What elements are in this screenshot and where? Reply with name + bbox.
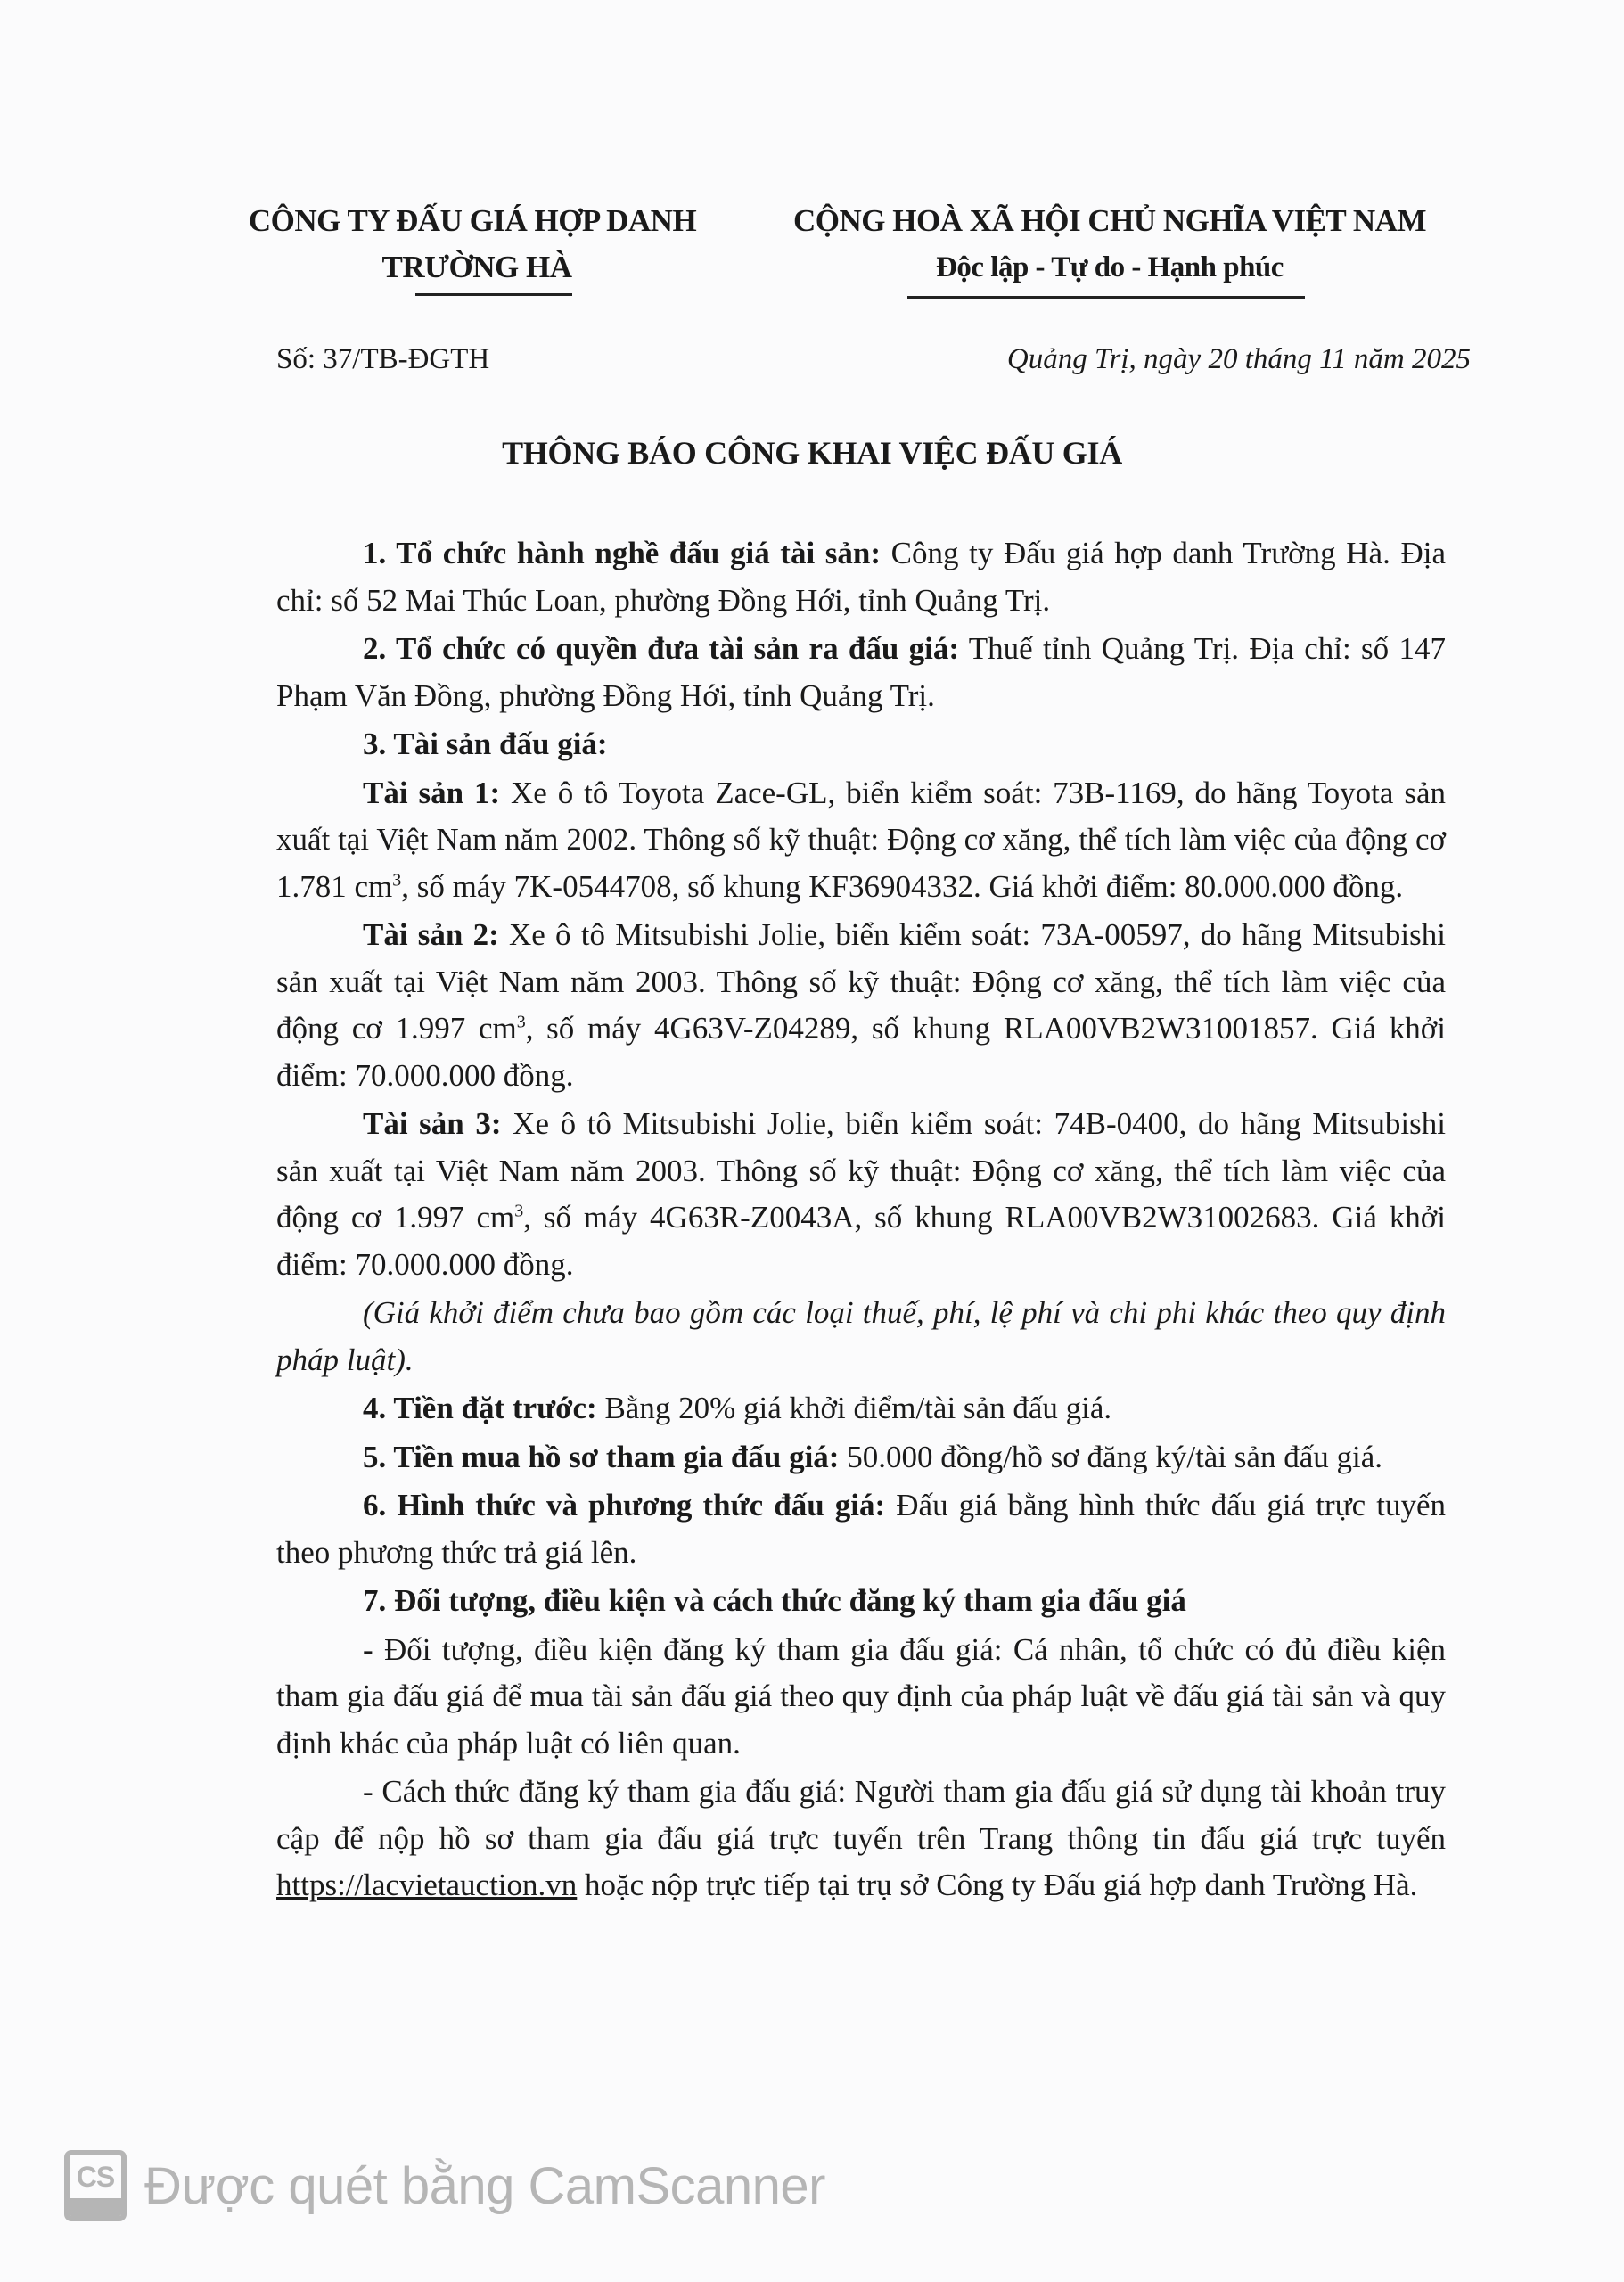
section-4-text: Bằng 20% giá khởi điểm/tài sản đấu giá.	[597, 1391, 1111, 1425]
section-4-label: 4. Tiền đặt trước:	[363, 1391, 597, 1425]
document-body: 1. Tổ chức hành nghề đấu giá tài sản: Cô…	[276, 530, 1446, 1911]
section-4: 4. Tiền đặt trước: Bằng 20% giá khởi điể…	[276, 1385, 1446, 1432]
organization-header: CÔNG TY ĐẤU GIÁ HỢP DANH TRƯỜNG HÀ	[227, 198, 726, 291]
asset-2-sup: 3	[517, 1012, 526, 1031]
section-7: 7. Đối tượng, điều kiện và cách thức đăn…	[276, 1578, 1446, 1625]
section-3: 3. Tài sản đấu giá:	[276, 721, 1446, 768]
motto-underline	[907, 296, 1305, 299]
section-7-item-2-text-end: hoặc nộp trực tiếp tại trụ sở Công ty Đấ…	[577, 1867, 1417, 1902]
asset-3-sup: 3	[514, 1201, 523, 1220]
national-title: CỘNG HOÀ XÃ HỘI CHỦ NGHĨA VIỆT NAM	[753, 198, 1466, 244]
section-3-label: 3. Tài sản đấu giá:	[363, 726, 608, 761]
camscanner-logo-bar	[70, 2198, 121, 2216]
national-motto: Độc lập - Tự do - Hạnh phúc	[753, 244, 1466, 291]
section-5-text: 50.000 đồng/hồ sơ đăng ký/tài sản đấu gi…	[839, 1440, 1382, 1474]
asset-1: Tài sản 1: Xe ô tô Toyota Zace-GL, biển …	[276, 770, 1446, 911]
section-2: 2. Tổ chức có quyền đưa tài sản ra đấu g…	[276, 626, 1446, 719]
section-1: 1. Tổ chức hành nghề đấu giá tài sản: Cô…	[276, 530, 1446, 624]
organization-name-line1: CÔNG TY ĐẤU GIÁ HỢP DANH	[218, 198, 726, 244]
asset-3-label: Tài sản 3:	[363, 1106, 502, 1141]
asset-2-label: Tài sản 2:	[363, 917, 499, 952]
section-7-label: 7. Đối tượng, điều kiện và cách thức đăn…	[363, 1583, 1186, 1618]
scanned-document-page: CÔNG TY ĐẤU GIÁ HỢP DANH TRƯỜNG HÀ CỘNG …	[0, 0, 1624, 2282]
section-7-item-2: - Cách thức đăng ký tham gia đấu giá: Ng…	[276, 1769, 1446, 1909]
asset-2: Tài sản 2: Xe ô tô Mitsubishi Jolie, biể…	[276, 912, 1446, 1099]
organization-underline	[415, 293, 572, 296]
asset-1-label: Tài sản 1:	[363, 776, 500, 810]
document-title: THÔNG BÁO CÔNG KHAI VIỆC ĐẤU GIÁ	[0, 434, 1624, 472]
auction-website-link[interactable]: https://lacvietauction.vn	[276, 1867, 577, 1902]
national-header: CỘNG HOÀ XÃ HỘI CHỦ NGHĨA VIỆT NAM Độc l…	[753, 198, 1466, 291]
section-5: 5. Tiền mua hồ sơ tham gia đấu giá: 50.0…	[276, 1434, 1446, 1482]
asset-1-sup: 3	[392, 870, 401, 890]
camscanner-watermark: CS Được quét bằng CamScanner	[64, 2150, 825, 2221]
section-6-label: 6. Hình thức và phương thức đấu giá:	[363, 1488, 885, 1523]
section-2-label: 2. Tổ chức có quyền đưa tài sản ra đấu g…	[363, 631, 959, 666]
camscanner-watermark-text: Được quét bằng CamScanner	[144, 2156, 825, 2216]
document-number: Số: 37/TB-ĐGTH	[276, 343, 489, 376]
camscanner-logo-text: CS	[70, 2155, 121, 2198]
camscanner-logo-icon: CS	[64, 2150, 127, 2221]
organization-name-line2: TRƯỜNG HÀ	[227, 244, 726, 291]
section-7-item-2-text: - Cách thức đăng ký tham gia đấu giá: Ng…	[276, 1774, 1446, 1856]
asset-3: Tài sản 3: Xe ô tô Mitsubishi Jolie, biể…	[276, 1101, 1446, 1288]
price-note: (Giá khởi điểm chưa bao gồm các loại thu…	[276, 1290, 1446, 1383]
section-5-label: 5. Tiền mua hồ sơ tham gia đấu giá:	[363, 1440, 839, 1474]
section-6: 6. Hình thức và phương thức đấu giá: Đấu…	[276, 1482, 1446, 1576]
section-1-label: 1. Tổ chức hành nghề đấu giá tài sản:	[363, 536, 881, 570]
section-7-item-1: - Đối tượng, điều kiện đăng ký tham gia …	[276, 1627, 1446, 1768]
asset-1-text-end: , số máy 7K-0544708, số khung KF36904332…	[401, 869, 1403, 904]
place-and-date: Quảng Trị, ngày 20 tháng 11 năm 2025	[1007, 343, 1471, 376]
